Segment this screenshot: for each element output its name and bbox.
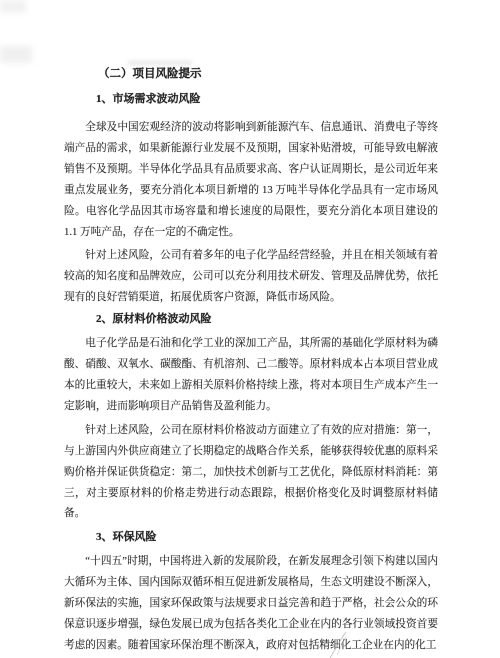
paragraph: 针对上述风险，公司在原材料价格波动方面建立了有效的应对措施：第一，与上游国内外供… [64, 421, 438, 526]
document-content: （二）项目风险提示 1、市场需求波动风险 全球及中国宏观经济的波动将影响到新能源… [64, 67, 438, 658]
document-page: （二）项目风险提示 1、市场需求波动风险 全球及中国宏观经济的波动将影响到新能源… [0, 0, 500, 658]
subsection-heading-raw-material-risk: 2、原材料价格波动风险 [96, 312, 438, 326]
paragraph: 电子化学品是石油和化学工业的深加工产品，其所需的基础化学原材料为磷酸、硝酸、双氧… [64, 334, 438, 418]
scan-smudge [0, 46, 32, 63]
paragraph: 针对上述风险，公司有着多年的电子化学品经营经验，并且在相关领域有着较高的知名度和… [64, 246, 438, 309]
subsection-heading-environment-risk: 3、环保风险 [96, 530, 438, 544]
pen-mark-artifact [318, 631, 358, 658]
section-heading-main: （二）项目风险提示 [98, 67, 438, 82]
subsection-heading-market-risk: 1、市场需求波动风险 [96, 92, 438, 106]
page-number: 3 [64, 639, 438, 649]
scan-smudge [0, 0, 26, 13]
scan-smudge [128, 60, 192, 66]
paragraph: 全球及中国宏观经济的波动将影响到新能源汽车、信息通讯、消费电子等终端产品的需求，… [64, 118, 438, 243]
